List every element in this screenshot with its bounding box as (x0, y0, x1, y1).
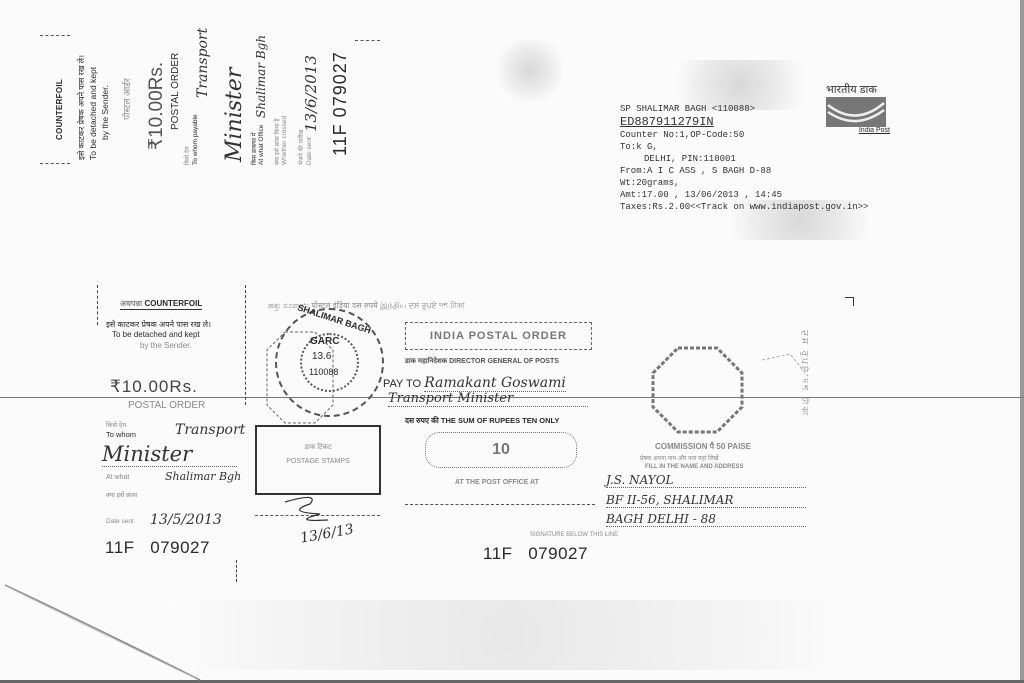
india-post-emblem-icon (826, 97, 886, 127)
pay-to-row: PAY TO Ramakant Goswami (383, 375, 566, 391)
counterfoil-date: 13/6/2013 (302, 55, 320, 132)
lower-label-payee: To whom (106, 430, 136, 439)
multilingual-header: ಹತ್ತು ರೂಪಾಯಿ पोस्टल इंडिया दस रुपये இந்த… (268, 300, 828, 313)
lower-label-crossed-hindi: क्या इसे क्रास (106, 490, 137, 499)
payable-at-label: AT THE POST OFFICE AT (455, 479, 539, 486)
counterfoil-office: Shalimar Bgh (254, 35, 268, 118)
counterfoil-hindi-line: इसे काटकर प्रेषक अपने पास रख ले। (76, 55, 87, 160)
lower-label-date: Date sent (106, 518, 134, 525)
logo-hindi-text: भारतीय डाक (826, 82, 890, 97)
postage-stamp-box: डाक टिकट POSTAGE STAMPS (255, 425, 381, 495)
receipt-weight: Wt:20grams, (620, 177, 868, 189)
counterfoil-payee-1: Transport (195, 28, 211, 98)
lower-type: POSTAL ORDER (128, 400, 205, 411)
label-crossed: Whether crossed (281, 116, 288, 165)
postmark-octagon-outline (265, 330, 335, 425)
label-office-hindi: किस डाकघर में (250, 132, 258, 165)
postal-order-serial: 11F 079027 (483, 544, 588, 564)
scan-edge-right (1020, 0, 1024, 683)
scan-noise (490, 40, 570, 100)
counterfoil-title: COUNTERFOIL (55, 79, 64, 140)
lower-date: 13/5/2013 (150, 512, 222, 528)
label-crossed-hindi: क्या इसे क्रास किया है (273, 118, 281, 165)
commission-label: COMMISSION पै 50 PAISE (655, 441, 751, 452)
receipt-from: From:A I C ASS , S BAGH D-88 (620, 165, 868, 177)
receipt-amount: Amt:17.00 , 13/06/2013 , 14:45 (620, 189, 868, 201)
postal-order-banner: INDIA POSTAL ORDER (405, 322, 592, 350)
label-payee-hindi: किसे देय (183, 146, 191, 165)
label-date: Date sent (306, 137, 313, 165)
counterfoil-payee-2: Minister (222, 68, 247, 162)
lower-amount: ₹10.00Rs. (110, 377, 198, 397)
sender-name: J.S. NAYOL (606, 473, 806, 488)
issued-by: डाक महानिदेशक DIRECTOR GENERAL OF POSTS (405, 357, 559, 366)
receipt-taxes: Taxes:Rs.2.00<<Track on www.indiapost.go… (620, 201, 868, 213)
signature-below-label: SIGNATURE BELOW THIS LINE (530, 532, 618, 538)
lower-instruction-2: by the Sender. (140, 341, 192, 350)
sender-address-1: BF II-56, SHALIMAR (606, 493, 806, 508)
counterfoil-amount: ₹10.00Rs. (145, 62, 168, 150)
label-date-hindi: भेजने की तारीख (297, 130, 305, 165)
sender-address-2: BAGH DELHI - 88 (606, 512, 806, 527)
payee-line-2: Transport Minister (388, 391, 588, 407)
lower-instruction-1: To be detached and kept (112, 330, 200, 339)
counterfoil-instruction-1: To be detached and kept (88, 67, 98, 160)
lower-serial: 11F 079027 (105, 538, 210, 558)
label-payee: To whom payable (192, 114, 199, 165)
watermark-octagon (650, 345, 745, 435)
lower-hindi-line: इसे काटकर प्रेषक अपने पास रख ले। (106, 319, 211, 330)
paper-crease (0, 580, 220, 683)
counterfoil-serial: 11F 079027 (330, 51, 351, 156)
lower-label-office: At what (106, 474, 129, 481)
lower-counterfoil-title: अधपन्ना COUNTERFOIL (120, 298, 202, 310)
corner-mark (845, 297, 854, 306)
lower-payee-2: Minister (102, 442, 237, 467)
vertical-side-text: ਦਸ ਰੁਪਏ দশ টাকা (797, 330, 812, 417)
counterfoil-instruction-2: by the Sender. (100, 85, 110, 140)
label-office: At what Office (258, 125, 265, 165)
receipt-city: DELHI, PIN:110001 (620, 153, 868, 165)
counterfoil-type: POSTAL ORDER (170, 53, 181, 130)
lower-payee-1: Transport (175, 422, 245, 438)
receipt-to: To:k G, (620, 141, 868, 153)
denomination-ornament: 10 (425, 432, 577, 468)
sender-label-hindi: प्रेषक अपना नाम और पता यहां लिखें (640, 454, 719, 462)
payee-name: Ramakant Goswami (424, 375, 566, 392)
lower-office: Shalimar Bgh (165, 470, 241, 483)
logo-english-text: India Post (826, 127, 890, 134)
sender-label: FILL IN THE NAME AND ADDRESS (645, 464, 743, 470)
lower-label-payee-hindi: किसे देय (106, 420, 126, 429)
sum-label: दस रुपए की THE SUM OF RUPEES TEN ONLY (405, 416, 559, 426)
india-post-logo: भारतीय डाक India Post (826, 82, 890, 134)
counterfoil-hindi-denom: पोस्टल आर्डर (120, 78, 133, 120)
